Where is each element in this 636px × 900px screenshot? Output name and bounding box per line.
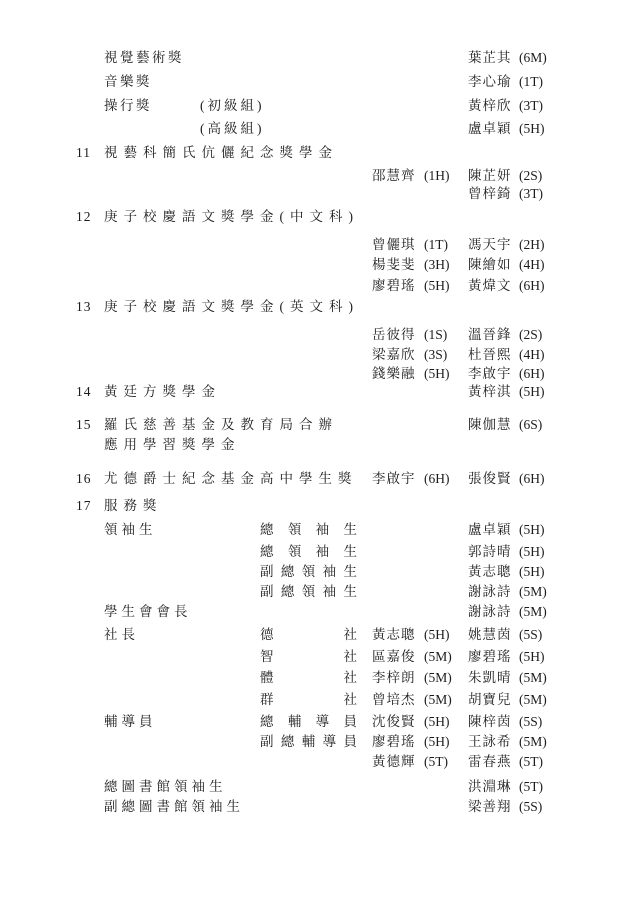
award-title: 庚子校慶語文獎學金(中文科)	[104, 205, 359, 229]
award-title: 應用學習獎學金	[104, 433, 241, 457]
winner-name: 曾梓錡	[468, 182, 512, 206]
table-row: 音樂獎李心瑜(1T)	[0, 70, 636, 94]
item-number: 11	[76, 141, 102, 165]
table-row: 13庚子校慶語文獎學金(英文科)	[0, 295, 636, 319]
winner-class: (6H)	[424, 467, 450, 491]
table-row: 群 社曾培杰(5M)胡寶兒(5M)	[0, 688, 636, 712]
table-row: 黃德輝(5T)雷春燕(5T)	[0, 750, 636, 774]
item-number: 14	[76, 380, 102, 404]
winner-class: (1T)	[519, 70, 543, 94]
winner-class: (6M)	[519, 46, 547, 70]
winner-name: 曾培杰	[372, 688, 416, 712]
service-category-label: 社長	[104, 623, 139, 647]
winner-class: (3T)	[519, 94, 543, 118]
winner-class: (6H)	[519, 467, 545, 491]
winner-name: 李心瑜	[468, 70, 512, 94]
table-row: 16尤德爵士紀念基金高中學生獎李啟宇(6H)張俊賢(6H)	[0, 467, 636, 491]
award-label: 視覺藝術獎	[104, 46, 184, 70]
winner-name: 李梓朗	[372, 666, 416, 690]
winner-name: 黃梓欣	[468, 94, 512, 118]
group-label: (高級組)	[200, 117, 265, 141]
winner-name: 李啟宇	[372, 467, 416, 491]
winner-class: (5M)	[519, 600, 547, 624]
winner-class: (5T)	[424, 750, 448, 774]
award-title: 服務獎	[104, 494, 163, 518]
item-number: 13	[76, 295, 102, 319]
winner-class: (5M)	[519, 688, 547, 712]
winner-class: (5H)	[519, 518, 545, 542]
award-label: 音樂獎	[104, 70, 152, 94]
position-label: 總 領 袖 生	[260, 518, 357, 542]
winner-class: (5S)	[519, 623, 542, 647]
winner-class: (5S)	[519, 795, 542, 819]
award-label: 操行獎	[104, 94, 152, 118]
winner-name: 葉芷其	[468, 46, 512, 70]
winner-name: 雷春燕	[468, 750, 512, 774]
group-label: (初級組)	[200, 94, 265, 118]
winner-name: 黃德輝	[372, 750, 416, 774]
table-row: (高級組)盧卓穎(5H)	[0, 117, 636, 141]
table-row: 學生會會長謝詠詩(5M)	[0, 600, 636, 624]
winner-class: (3T)	[519, 182, 543, 206]
table-row: 體 社李梓朗(5M)朱凱晴(5M)	[0, 666, 636, 690]
winner-class: (5H)	[424, 623, 450, 647]
winner-name: 朱凱晴	[468, 666, 512, 690]
winner-class: (5H)	[519, 117, 545, 141]
table-row: 曾梓錡(3T)	[0, 182, 636, 206]
winner-name: 盧卓穎	[468, 117, 512, 141]
table-row: 12庚子校慶語文獎學金(中文科)	[0, 205, 636, 229]
winner-name: 張俊賢	[468, 467, 512, 491]
winner-name: 黃梓淇	[468, 380, 512, 404]
position-label: 群 社	[260, 688, 357, 712]
winner-class: (5H)	[519, 380, 545, 404]
winner-name: 姚慧茵	[468, 623, 512, 647]
winner-name: 黃志聰	[372, 623, 416, 647]
service-category-label: 副總圖書館領袖生	[104, 795, 244, 819]
table-row: 應用學習獎學金	[0, 433, 636, 457]
table-row: 17服務獎	[0, 494, 636, 518]
award-title: 尤德爵士紀念基金高中學生獎	[104, 467, 358, 491]
table-row: 11視藝科簡氏伉儷紀念獎學金	[0, 141, 636, 165]
item-number: 17	[76, 494, 102, 518]
winner-name: 謝詠詩	[468, 600, 512, 624]
table-row: 副總圖書館領袖生梁善翔(5S)	[0, 795, 636, 819]
table-row: 社長德 社黃志聰(5H)姚慧茵(5S)	[0, 623, 636, 647]
award-title: 視藝科簡氏伉儷紀念獎學金	[104, 141, 338, 165]
position-label: 體 社	[260, 666, 357, 690]
award-title: 庚子校慶語文獎學金(英文科)	[104, 295, 359, 319]
winner-class: (5T)	[519, 750, 543, 774]
service-category-label: 領袖生	[104, 518, 157, 542]
table-row: 視覺藝術獎葉芷其(6M)	[0, 46, 636, 70]
position-label: 德 社	[260, 623, 357, 647]
winner-class: (5M)	[424, 666, 452, 690]
winner-class: (5M)	[424, 688, 452, 712]
winner-name: 盧卓穎	[468, 518, 512, 542]
item-number: 16	[76, 467, 102, 491]
table-row: 領袖生總 領 袖 生盧卓穎(5H)	[0, 518, 636, 542]
table-row: 14黃廷方獎學金黃梓淇(5H)	[0, 380, 636, 404]
winner-class: (5M)	[519, 666, 547, 690]
document-page: 視覺藝術獎葉芷其(6M)音樂獎李心瑜(1T)操行獎(初級組)黃梓欣(3T)(高級…	[0, 0, 636, 900]
winner-name: 梁善翔	[468, 795, 512, 819]
item-number: 12	[76, 205, 102, 229]
winner-name: 胡寶兒	[468, 688, 512, 712]
service-category-label: 學生會會長	[104, 600, 192, 624]
award-title: 黃廷方獎學金	[104, 380, 221, 404]
table-row: 操行獎(初級組)黃梓欣(3T)	[0, 94, 636, 118]
